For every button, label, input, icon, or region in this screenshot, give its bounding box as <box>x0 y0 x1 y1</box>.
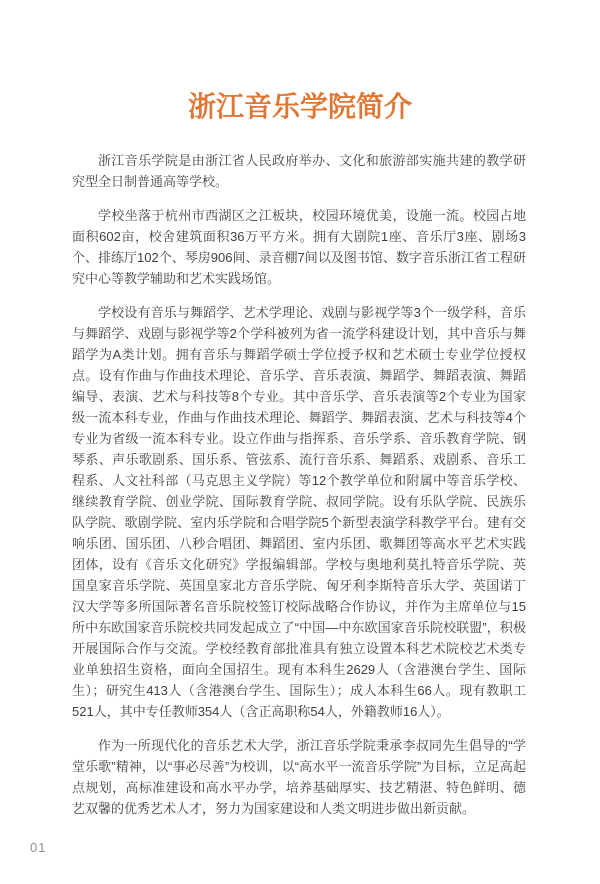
paragraph-motto-vision: 作为一所现代化的音乐艺术大学，浙江音乐学院秉承李叔同先生倡导的“学堂乐歌”精神，… <box>72 735 526 819</box>
document-page: 浙江音乐学院简介 浙江音乐学院是由浙江省人民政府举办、文化和旅游部实施共建的教学… <box>0 0 600 884</box>
page-number: 01 <box>30 841 46 854</box>
paragraph-campus-facilities: 学校坐落于杭州市西湖区之江板块，校园环境优美，设施一流。校园占地面积602亩，校… <box>72 205 526 289</box>
document-body: 浙江音乐学院是由浙江省人民政府举办、文化和旅游部实施共建的教学研究型全日制普通高… <box>72 150 526 819</box>
paragraph-intro: 浙江音乐学院是由浙江省人民政府举办、文化和旅游部实施共建的教学研究型全日制普通高… <box>72 150 526 192</box>
paragraph-academics-enrollment: 学校设有音乐与舞蹈学、艺术学理论、戏剧与影视学等3个一级学科，音乐与舞蹈学、戏剧… <box>72 302 526 722</box>
page-title: 浙江音乐学院简介 <box>0 0 600 122</box>
